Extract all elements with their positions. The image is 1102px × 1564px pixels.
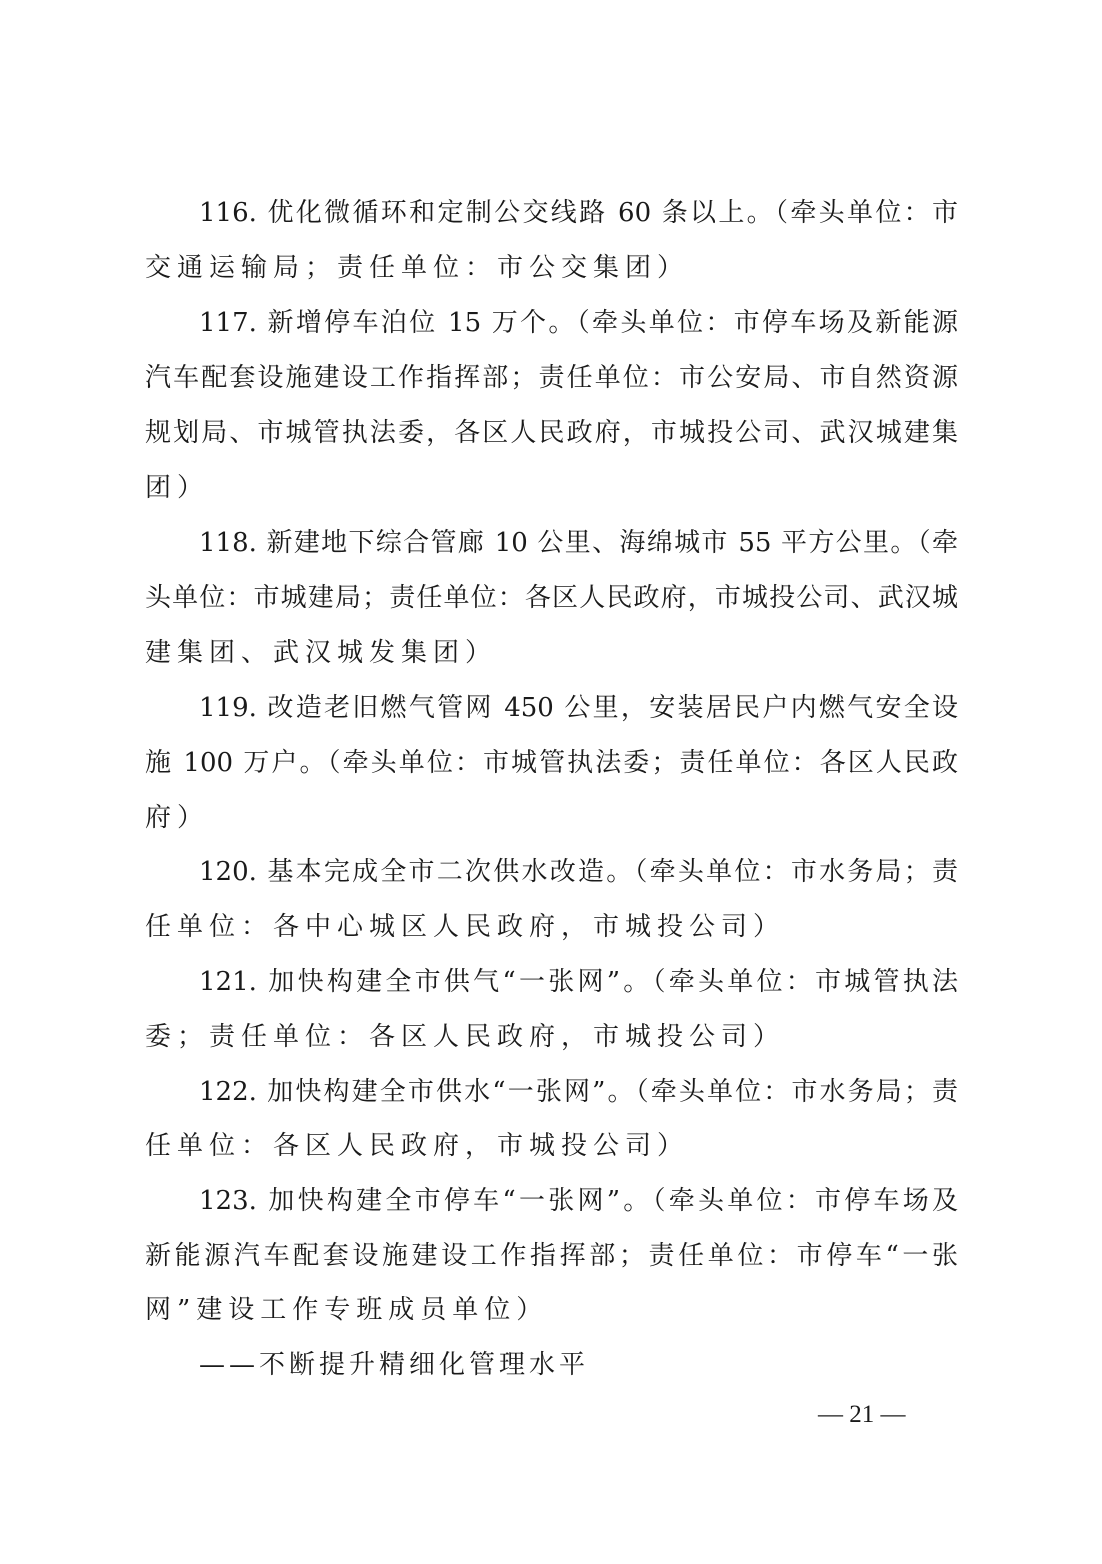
- item-122-line-1: 122. 加快构建全市供水“一张网”。（牵头单位：市水务局；责: [199, 1072, 958, 1112]
- item-122-line-2: 任单位：各区人民政府，市城投公司）: [145, 1126, 958, 1166]
- item-116-line-1: 116. 优化微循环和定制公交线路 60 条以上。（牵头单位：市: [199, 193, 958, 233]
- item-118-line-1: 118. 新建地下综合管廊 10 公里、海绵城市 55 平方公里。（牵: [199, 523, 958, 563]
- item-118-line-2: 头单位：市城建局；责任单位：各区人民政府，市城投公司、武汉城: [145, 578, 958, 618]
- item-118-line-3: 建集团、武汉城发集团）: [145, 633, 958, 673]
- item-119-line-2: 施 100 万户。（牵头单位：市城管执法委；责任单位：各区人民政: [145, 743, 958, 783]
- item-123-line-3: 网”建设工作专班成员单位）: [145, 1290, 958, 1330]
- item-123-line-2: 新能源汽车配套设施建设工作指挥部；责任单位：市停车“一张: [145, 1236, 958, 1276]
- item-121-line-2: 委；责任单位：各区人民政府，市城投公司）: [145, 1017, 958, 1057]
- item-117-line-2: 汽车配套设施建设工作指挥部；责任单位：市公安局、市自然资源: [145, 358, 958, 398]
- document-page: 116. 优化微循环和定制公交线路 60 条以上。（牵头单位：市 交通运输局；责…: [0, 0, 1102, 1564]
- item-119-line-1: 119. 改造老旧燃气管网 450 公里，安装居民户内燃气安全设: [199, 688, 958, 728]
- item-120-line-2: 任单位：各中心城区人民政府，市城投公司）: [145, 907, 958, 947]
- section-subheading: ——不断提升精细化管理水平: [199, 1345, 589, 1385]
- item-121-line-1: 121. 加快构建全市供气“一张网”。（牵头单位：市城管执法: [199, 962, 958, 1002]
- item-117-line-1: 117. 新增停车泊位 15 万个。（牵头单位：市停车场及新能源: [199, 303, 958, 343]
- item-116-line-2: 交通运输局；责任单位：市公交集团）: [145, 248, 958, 288]
- item-123-line-1: 123. 加快构建全市停车“一张网”。（牵头单位：市停车场及: [199, 1181, 958, 1221]
- item-120-line-1: 120. 基本完成全市二次供水改造。（牵头单位：市水务局；责: [199, 852, 958, 892]
- item-117-line-4: 团）: [145, 468, 958, 508]
- item-117-line-3: 规划局、市城管执法委，各区人民政府，市城投公司、武汉城建集: [145, 413, 958, 453]
- item-119-line-3: 府）: [145, 798, 958, 838]
- page-number: — 21 —: [818, 1397, 906, 1433]
